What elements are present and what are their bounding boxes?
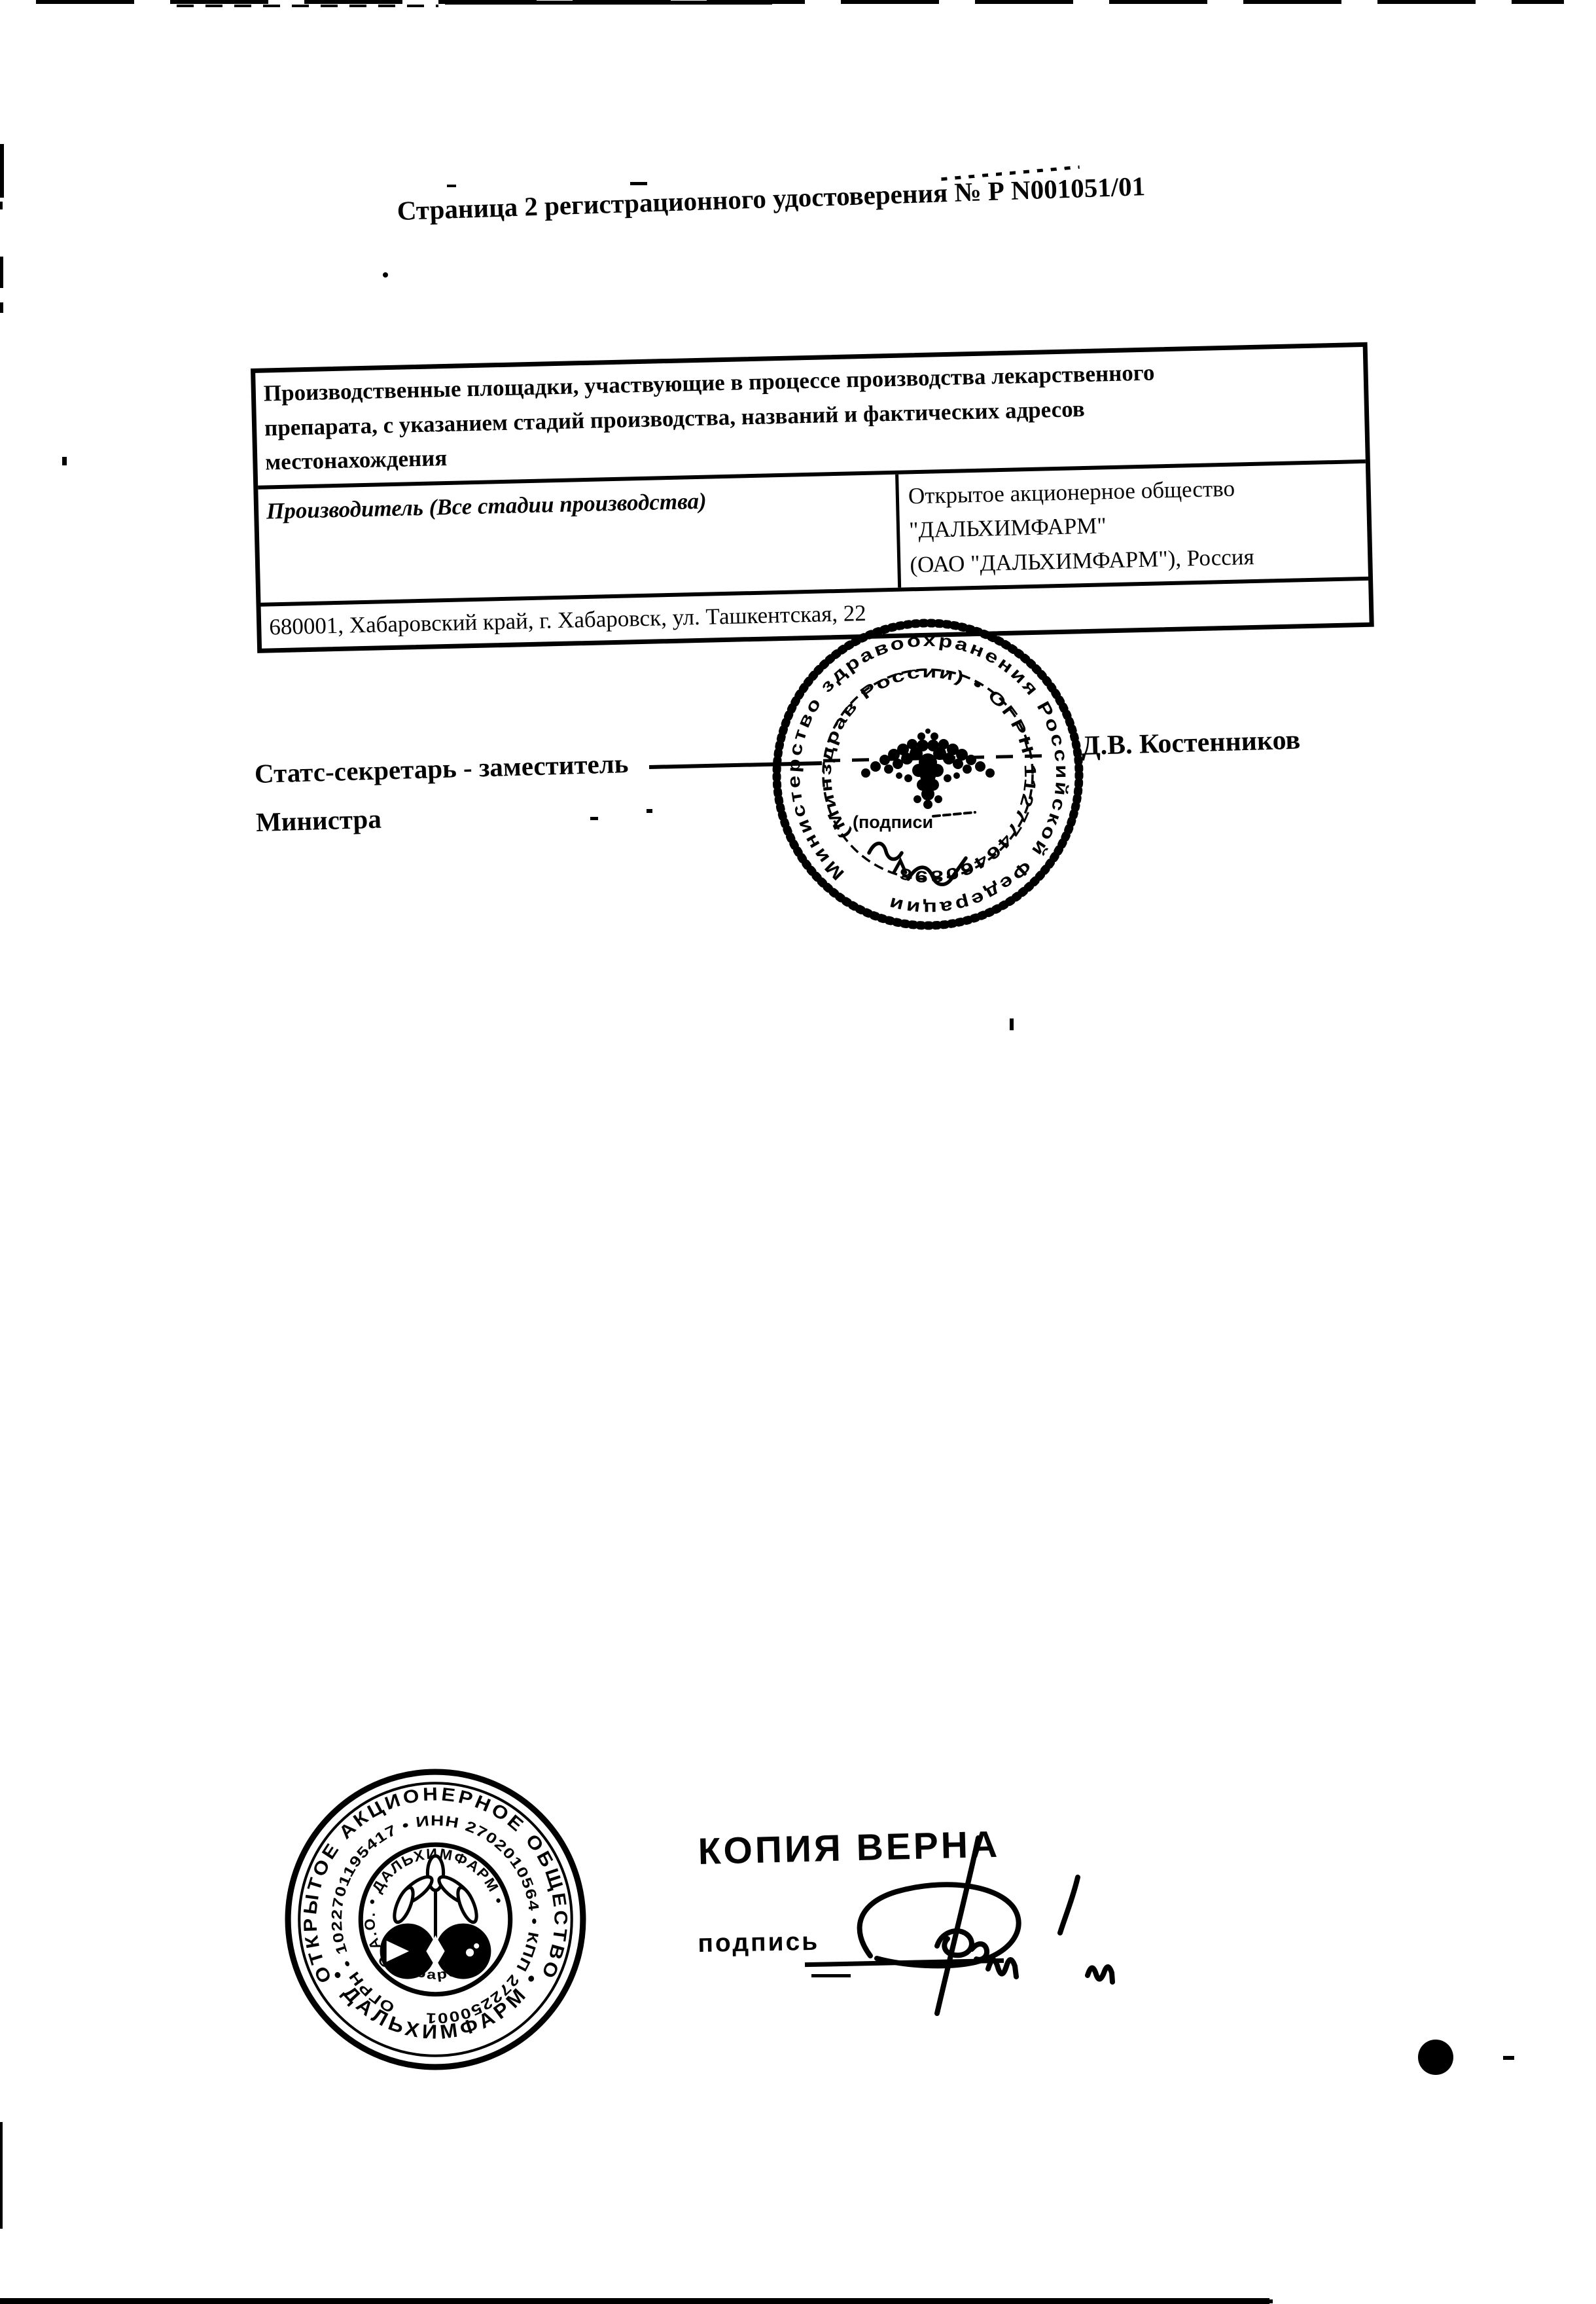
signatory-post-line: Министра xyxy=(255,788,630,847)
signatory-name: Д.В. Костенников xyxy=(1081,725,1301,762)
scan-artifact xyxy=(0,2122,3,2229)
scan-artifact xyxy=(445,1,772,5)
scan-artifact xyxy=(62,457,67,465)
producer-label-cell: Производитель (Все стадии производства) xyxy=(258,474,901,603)
handwritten-signature xyxy=(753,1799,1158,2047)
scan-artifact xyxy=(0,257,3,288)
scan-artifact xyxy=(0,302,3,313)
scan-artifact xyxy=(1503,2056,1514,2060)
scan-artifact xyxy=(0,202,3,209)
scan-artifact xyxy=(36,0,1564,4)
ink-dot xyxy=(1418,2040,1453,2075)
scan-artifact xyxy=(0,144,4,198)
eagle-emblem xyxy=(861,729,995,809)
scan-artifact xyxy=(177,5,438,7)
scan-artifact xyxy=(447,185,456,187)
stamp-underprint-fragment: (подписи xyxy=(853,812,933,832)
page-title: Страница 2 регистрационного удостоверени… xyxy=(397,168,1215,226)
scan-artifact xyxy=(383,272,388,278)
scan-artifact xyxy=(1264,2299,1273,2303)
producer-value-cell: Открытое акционерное общество "ДАЛЬХИМФА… xyxy=(898,463,1368,587)
scanned-document-page: Страница 2 регистрационного удостоверени… xyxy=(0,0,1596,2304)
ministry-round-stamp: Министерство здравоохранения Российской … xyxy=(758,604,1098,945)
scan-artifact xyxy=(1010,1018,1014,1030)
scan-artifact xyxy=(0,2298,1269,2304)
scan-artifact xyxy=(630,182,647,185)
scan-artifact xyxy=(647,809,652,813)
signatory-post: Статс-секретарь - заместитель Министра xyxy=(254,740,630,846)
company-round-stamp: ОТКРЫТОЕ АКЦИОНЕРНОЕ ОБЩЕСТВО • ДАЛЬХИМФ… xyxy=(283,1767,588,2072)
